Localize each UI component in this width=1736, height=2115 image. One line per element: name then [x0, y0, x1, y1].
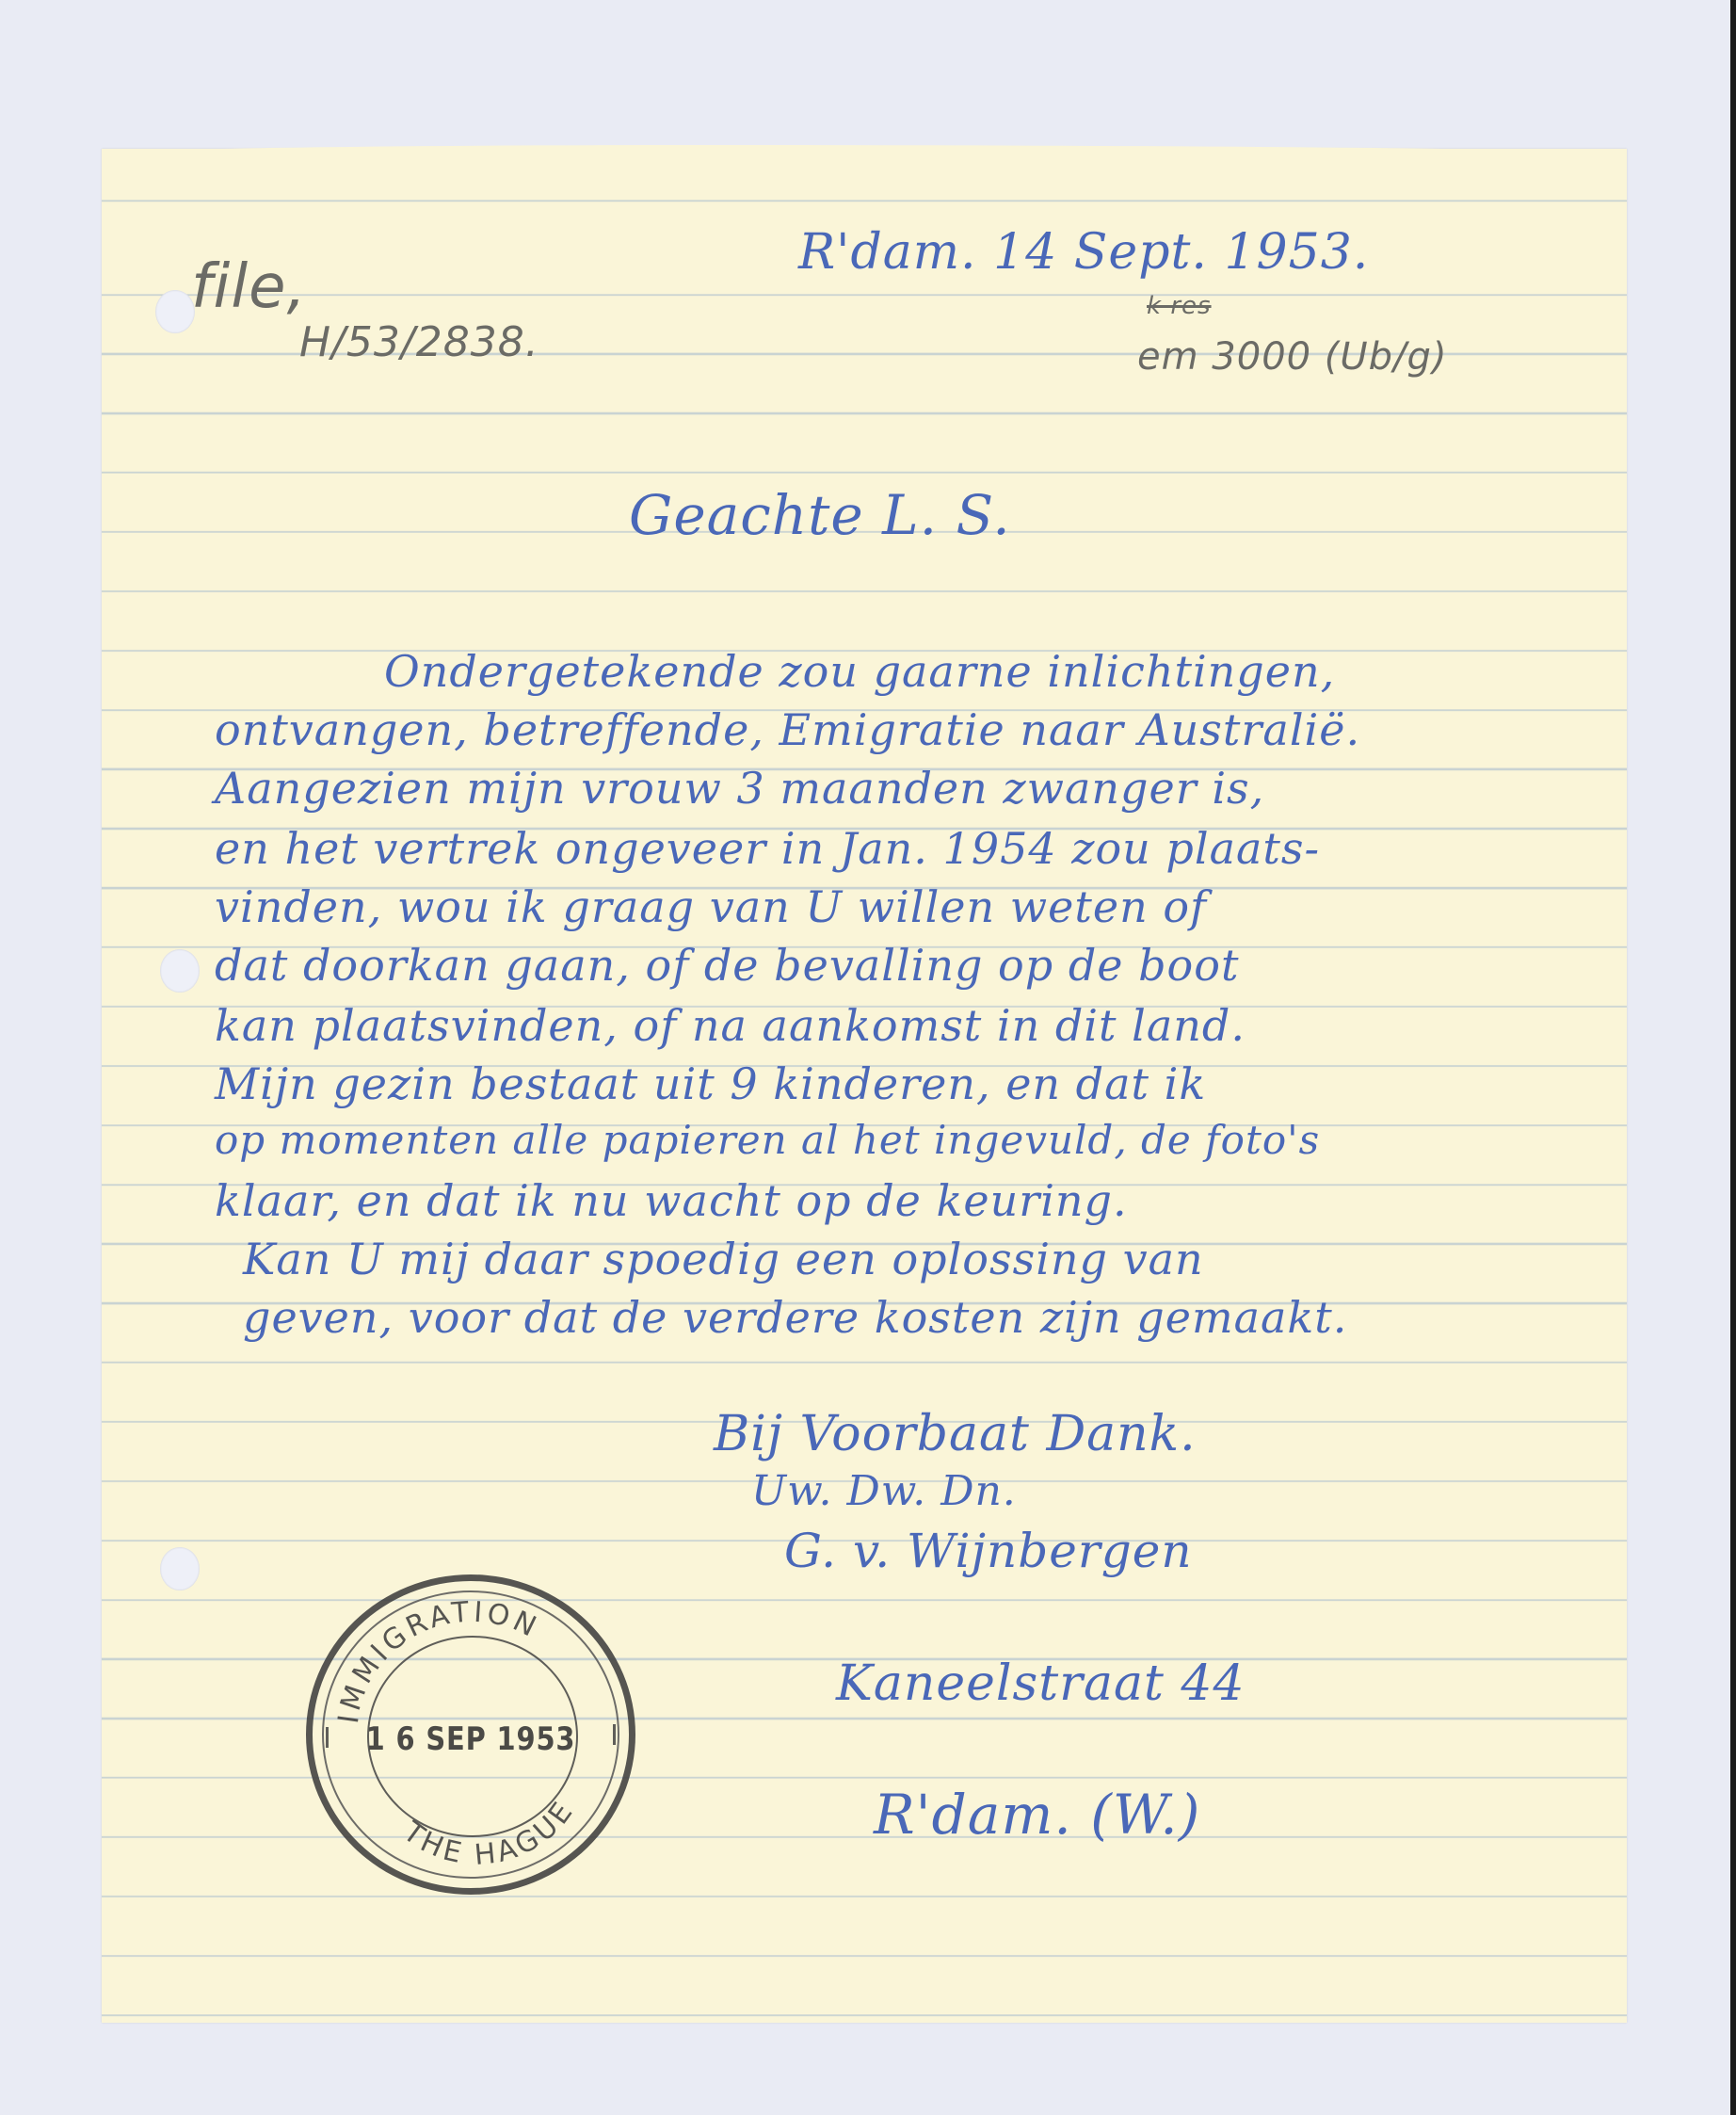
- stamp-top-text: IMMIGRATION: [332, 1595, 544, 1725]
- stamp-tick-right: [613, 1724, 616, 1745]
- body-line-8: Mijn gezin bestaat uit 9 kinderen, en da…: [215, 1058, 1206, 1109]
- body-line-11: Kan U mij daar spoedig een oplossing van: [243, 1234, 1204, 1284]
- signature: G. v. Wijnbergen: [784, 1524, 1193, 1578]
- address-city: R'dam. (W.): [874, 1783, 1200, 1847]
- struck-note: k res: [1147, 292, 1212, 320]
- body-line-10: klaar, en dat ik nu wacht op de keuring.: [215, 1175, 1128, 1226]
- closing-regards: Uw. Dw. Dn.: [751, 1467, 1017, 1515]
- salutation: Geachte L. S.: [629, 483, 1011, 547]
- svg-text:IMMIGRATION: IMMIGRATION: [332, 1595, 544, 1725]
- body-line-4: en het vertrek ongeveer in Jan. 1954 zou…: [215, 823, 1320, 874]
- stamp-tick-left: [326, 1727, 329, 1748]
- punch-hole-middle: [160, 949, 200, 993]
- file-note: file,: [191, 252, 307, 322]
- immigration-stamp: IMMIGRATION THE HAGUE 1 6 SEP 1953: [306, 1574, 635, 1895]
- paper-torn-edge: [102, 145, 1627, 154]
- scanner-edge: [1730, 0, 1736, 2115]
- reference-note: em 3000 (Ub/g): [1137, 335, 1448, 379]
- svg-text:THE HAGUE: THE HAGUE: [396, 1794, 582, 1872]
- stamp-bottom-text: THE HAGUE: [396, 1794, 582, 1872]
- body-line-1: Ondergetekende zou gaarne inlichtingen,: [384, 646, 1335, 697]
- body-line-6: dat doorkan gaan, of de bevalling op de …: [215, 940, 1239, 991]
- punch-hole-top: [155, 290, 195, 333]
- file-reference: H/53/2838.: [299, 318, 539, 366]
- body-line-7: kan plaatsvinden, of na aankomst in dit …: [215, 1000, 1246, 1051]
- address-street: Kaneelstraat 44: [836, 1655, 1246, 1712]
- place-date: R'dam. 14 Sept. 1953.: [798, 224, 1369, 281]
- body-line-12: geven, voor dat de verdere kosten zijn g…: [243, 1292, 1347, 1343]
- stamp-date: 1 6 SEP 1953: [336, 1720, 605, 1758]
- body-line-9: op momenten alle papieren al het ingevul…: [215, 1117, 1320, 1163]
- body-line-3: Aangezien mijn vrouw 3 maanden zwanger i…: [215, 763, 1264, 814]
- body-line-5: vinden, wou ik graag van U willen weten …: [215, 881, 1207, 932]
- closing-thanks: Bij Voorbaat Dank.: [714, 1406, 1197, 1462]
- punch-hole-bottom: [160, 1547, 200, 1590]
- body-line-2: ontvangen, betreffende, Emigratie naar A…: [215, 704, 1360, 755]
